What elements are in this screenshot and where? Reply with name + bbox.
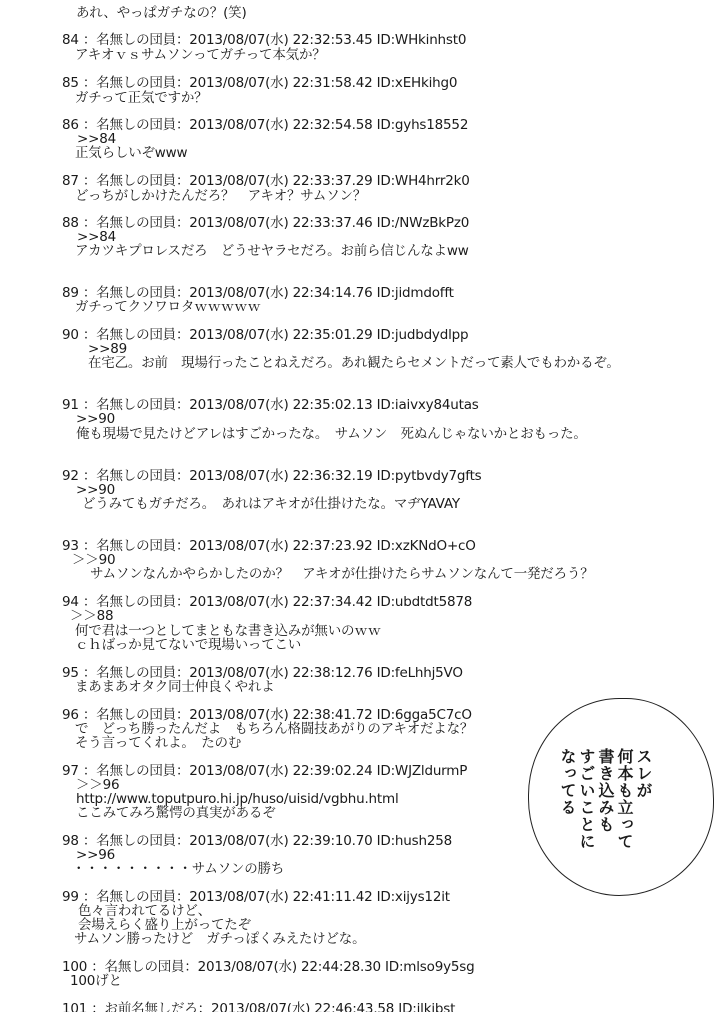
post-body-87: どっちがしかけたんだろ？ アキオ？サムソン？ xyxy=(75,189,366,204)
post-reply-anchor-91[interactable]: >>90 xyxy=(76,412,115,427)
bubble-col-5: なってる xyxy=(558,748,577,816)
post-header-97: 97 ：名無しの団員：2013/08/07(水) 22:39:02.24 ID:… xyxy=(62,764,467,779)
bubble-col-4: すごいことに xyxy=(577,748,596,850)
post-body-91: 俺も現場で見たけどアレはすごかったな。 サムソン 死ぬんじゃないかとおもった。 xyxy=(76,427,587,442)
post-body-100: 100げと xyxy=(70,974,122,989)
post-header-85: 85 ：名無しの団員：2013/08/07(水) 22:31:58.42 ID:… xyxy=(62,76,457,91)
post-body-90: 在宅乙。お前 現場行ったことねえだろ。あれ観たらセメントだって素人でもわかるぞ。 xyxy=(88,356,620,371)
post-body-92: どうみてもガチだろ。 あれはアキオが仕掛けたな。マヂYAVAY xyxy=(82,497,460,512)
post-body-96-line2: そう言ってくれよ。 たのむ xyxy=(75,736,241,751)
post-body-99-line3: サムソン勝ったけど ガチっぽくみえたけどな。 xyxy=(74,932,365,947)
post-body-85: ガチって正気ですか？ xyxy=(75,91,207,106)
post-header-98: 98 ：名無しの団員：2013/08/07(水) 22:39:10.70 ID:… xyxy=(62,834,452,849)
post-header-88: 88 ：名無しの団員：2013/08/07(水) 22:33:37.46 ID:… xyxy=(62,216,469,231)
post-header-92: 92 ：名無しの団員：2013/08/07(水) 22:36:32.19 ID:… xyxy=(62,469,482,484)
post-body-88: アカツキプロレスだろ どうせヤラセだろ。お前ら信じんなよww xyxy=(75,244,469,259)
post-body-89: ガチってクソワロタｗｗｗｗｗ xyxy=(75,300,261,315)
post-body-97: ここみてみろ驚愕の真実があるぞ xyxy=(76,806,276,821)
post-header-94: 94 ：名無しの団員：2013/08/07(水) 22:37:34.42 ID:… xyxy=(62,595,472,610)
post-header-91: 91 ：名無しの団員：2013/08/07(水) 22:35:02.13 ID:… xyxy=(62,398,479,413)
post-body-94-line2: ｃｈばっか見てないで現場いってこい xyxy=(75,638,301,653)
post-header-86: 86 ：名無しの団員：2013/08/07(水) 22:32:54.58 ID:… xyxy=(62,118,468,133)
bubble-col-2: 何本も立って xyxy=(615,748,634,850)
post-header-100: 100 ：名無しの団員：2013/08/07(水) 22:44:28.30 ID… xyxy=(62,960,474,975)
post-body-98: ・・・・・・・・・サムソンの勝ち xyxy=(72,862,284,877)
post-reply-anchor-94[interactable]: ＞＞88 xyxy=(70,609,113,624)
post-header-93: 93 ：名無しの団員：2013/08/07(水) 22:37:23.92 ID:… xyxy=(62,539,476,554)
post-header-84: 84 ：名無しの団員：2013/08/07(水) 22:32:53.45 ID:… xyxy=(62,33,466,48)
post-body-93: サムソンなんかやらかしたのか？ アキオが仕掛けたらサムソンなんて一発だろう？ xyxy=(90,567,594,582)
post-body-95: まあまあオタク同士仲良くやれよ xyxy=(75,680,275,695)
post-body-84: アキオｖｓサムソンってガチって本気か？ xyxy=(75,48,326,63)
post-body-86: 正気らしいぞwww xyxy=(75,146,187,161)
post-header-101: 101 ：お前名無しだろ：2013/08/07(水) 22:46:43.58 I… xyxy=(62,1002,455,1012)
post-83-fragment: あれ、やっぱガチなの？(笑) xyxy=(76,6,247,21)
bubble-col-3: 書き込みも xyxy=(596,748,615,833)
speech-bubble-text: スレが 何本も立って 書き込みも すごいことに なってる xyxy=(558,748,653,888)
manga-page: あれ、やっぱガチなの？(笑) 84 ：名無しの団員：2013/08/07(水) … xyxy=(0,0,720,1012)
post-header-87: 87 ：名無しの団員：2013/08/07(水) 22:33:37.29 ID:… xyxy=(62,174,470,189)
bubble-col-1: スレが xyxy=(634,748,653,799)
